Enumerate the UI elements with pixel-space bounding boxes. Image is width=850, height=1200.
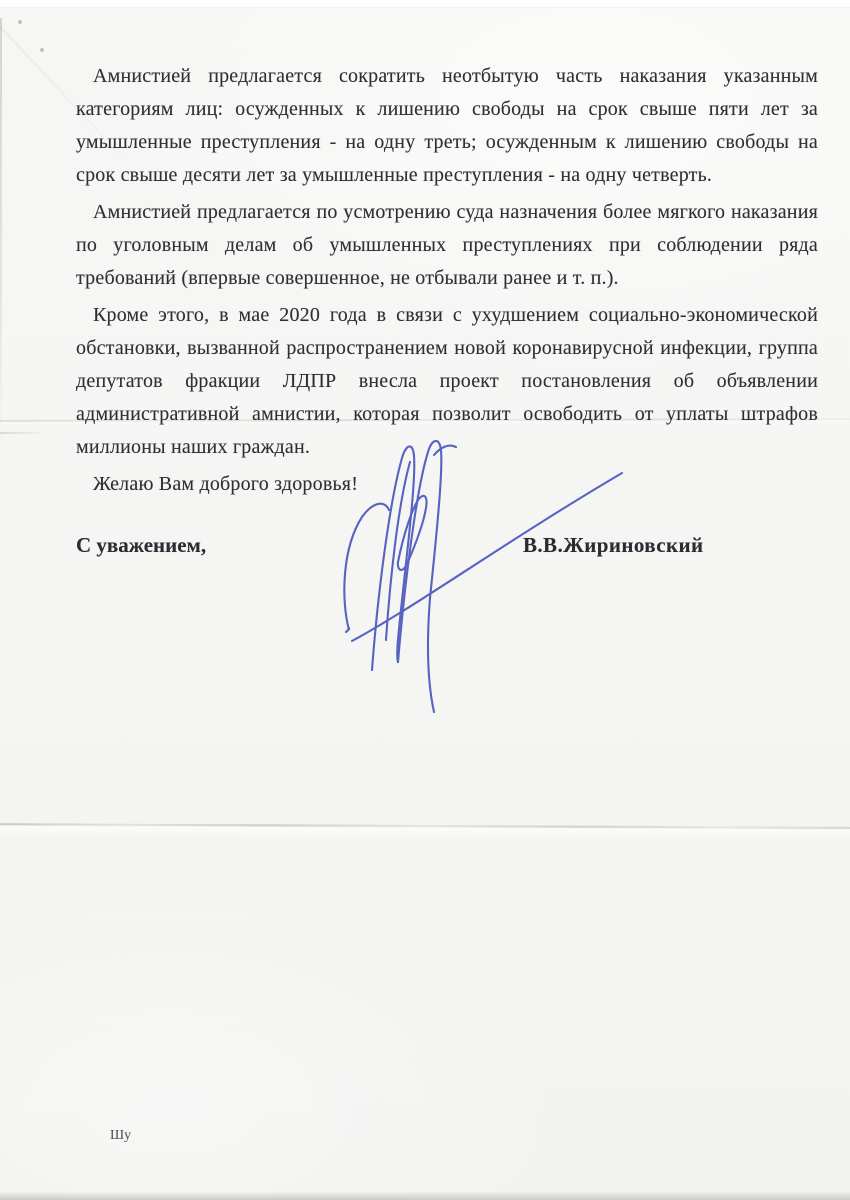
fold-crease-highlight (0, 826, 850, 842)
staple-hole (40, 48, 44, 52)
scanned-page: Амнистией предлагается сократить неотбыт… (0, 0, 850, 1200)
letter-paragraph: Амнистией предлагается по усмотрению суд… (76, 196, 818, 295)
signature-ink-scribble (330, 435, 640, 725)
scanner-edge-top (0, 0, 850, 8)
staple-hole (18, 20, 22, 24)
signoff-respect-line: С уважением, (76, 533, 206, 558)
page-edge-shadow (0, 18, 2, 443)
fold-crease-lower (0, 823, 850, 829)
typist-initials: Шу (110, 1128, 131, 1144)
letter-paragraph: Амнистией предлагается сократить неотбыт… (76, 60, 818, 192)
scanner-edge-bottom (0, 1191, 850, 1200)
fold-crease-left (0, 432, 46, 434)
